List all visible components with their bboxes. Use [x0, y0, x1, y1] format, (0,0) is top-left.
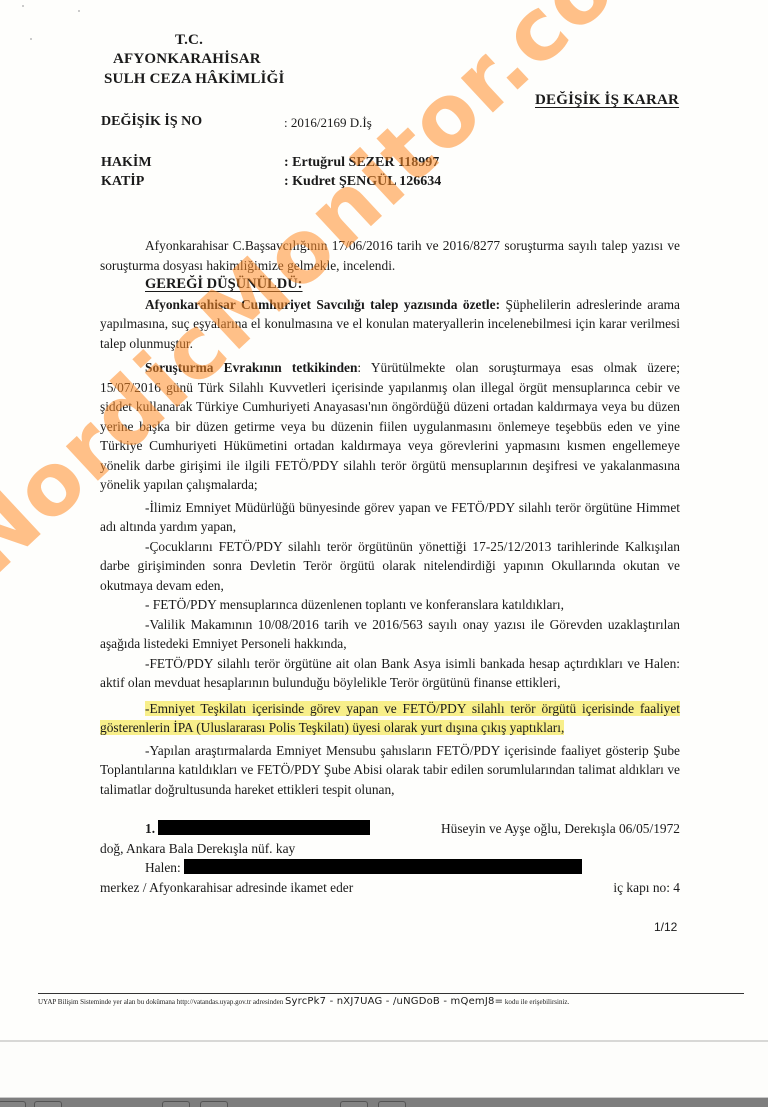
intro-paragraph: Afyonkarahisar C.Başsavcılığının 17/06/2…: [100, 236, 680, 275]
redacted-address: [184, 859, 582, 874]
request-paragraph: Afyonkarahisar Cumhuriyet Savcılığı tale…: [100, 295, 680, 354]
list-item: -Yapılan araştırmalarda Emniyet Mensubu …: [100, 741, 680, 800]
scan-speck: [22, 5, 24, 7]
case-no-value: : 2016/2169 D.İş: [284, 115, 372, 131]
toolbar-button[interactable]: [200, 1101, 228, 1107]
highlighted-item: -Emniyet Teşkilatı içerisinde görev yapa…: [100, 699, 680, 738]
clerk-value: : Kudret ŞENGÜL 126634: [284, 174, 441, 190]
footer-prefix: UYAP Bilişim Sisteminde yer alan bu dokü…: [38, 998, 283, 1006]
scan-speck: [78, 10, 80, 12]
document-type: DEĞİŞİK İŞ KARAR: [535, 92, 679, 109]
toolbar-button[interactable]: [340, 1101, 368, 1107]
list-item: -Çocuklarını FETÖ/PDY silahlı terör örgü…: [100, 537, 680, 596]
judge-value: : Ertuğrul SEZER 118997: [284, 155, 439, 171]
review-text: : Yürütülmekte olan soruşturmaya esas ol…: [100, 360, 680, 492]
suspect-birth: doğ, Ankara Bala Derekışla nüf. kay: [100, 839, 680, 859]
judge-label: HAKİM: [101, 155, 152, 171]
address-tail: iç kapı no: 4: [568, 878, 680, 898]
toolbar-button[interactable]: [0, 1101, 26, 1107]
page-separator: [0, 1040, 768, 1042]
suspect-number: 1.: [145, 821, 155, 836]
highlighted-text: -Emniyet Teşkilatı içerisinde görev yapa…: [100, 701, 680, 736]
list-item: -Valilik Makamının 10/08/2016 tarih ve 2…: [100, 615, 680, 654]
header-court: SULH CEZA HÂKİMLİĞİ: [104, 71, 285, 88]
verification-code: SyrcPk7 - nXJ7UAG - /uNGDoB - mQemJ8=: [285, 996, 503, 1007]
address-label: Halen:: [145, 860, 181, 875]
footer-divider: [38, 993, 744, 994]
scan-speck: [30, 38, 32, 40]
suspect-address-line: Halen: iç kapı no: 4: [100, 858, 680, 878]
document-body: Afyonkarahisar C.Başsavcılığının 17/06/2…: [100, 236, 680, 897]
case-no-label: DEĞİŞİK İŞ NO: [101, 114, 202, 130]
suspect-line-1: 1. Hüseyin ve Ayşe oğlu, Derekışla 06/05…: [100, 819, 680, 839]
toolbar-button[interactable]: [34, 1101, 62, 1107]
clerk-label: KATİP: [101, 174, 144, 190]
footer-suffix: kodu ile erişebilirsiniz.: [505, 998, 569, 1006]
document-page: T.C. AFYONKARAHİSAR SULH CEZA HÂKİMLİĞİ …: [0, 0, 768, 1040]
review-paragraph: Soruşturma Evrakının tetkikinden: Yürütü…: [100, 358, 680, 495]
uyap-footer: UYAP Bilişim Sisteminde yer alan bu dokü…: [38, 996, 758, 1007]
list-item: -FETÖ/PDY silahlı terör örgütüne ait ola…: [100, 654, 680, 693]
list-item: - FETÖ/PDY mensuplarınca düzenlenen topl…: [100, 595, 680, 615]
list-item: -İlimiz Emniyet Müdürlüğü bünyesinde gör…: [100, 498, 680, 537]
suspect-block: 1. Hüseyin ve Ayşe oğlu, Derekışla 06/05…: [100, 819, 680, 897]
redacted-name: [158, 820, 370, 835]
toolbar-button[interactable]: [162, 1101, 190, 1107]
toolbar-button[interactable]: [378, 1101, 406, 1107]
suspect-parents: Hüseyin ve Ayşe oğlu, Derekışla 06/05/19…: [396, 819, 680, 839]
header-city: AFYONKARAHİSAR: [113, 51, 261, 68]
review-lead: Soruşturma Evrakının tetkikinden: [145, 360, 357, 375]
section-heading: GEREĞİ DÜŞÜNÜLDÜ:: [100, 275, 680, 295]
header-tc: T.C.: [175, 32, 203, 49]
page-number: 1/12: [654, 920, 677, 934]
request-lead: Afyonkarahisar Cumhuriyet Savcılığı tale…: [145, 297, 500, 312]
